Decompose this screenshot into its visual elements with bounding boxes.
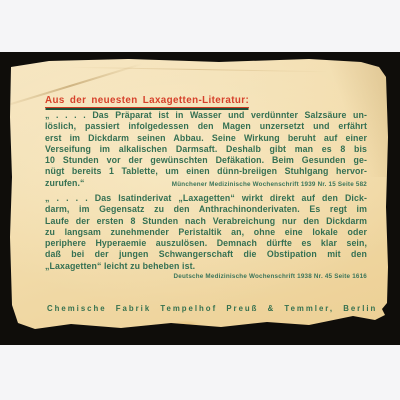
company-imprint: Chemische Fabrik Tempelhof Preuß & Temml… <box>47 304 367 313</box>
quote1-line-4: Verseifung im alkalischen Darmsaft. Desh… <box>45 144 367 155</box>
quote1-line-1: „ . . . . Das Präparat ist in Wasser und… <box>45 110 367 121</box>
scanned-photo-stage: Aus der neuesten Laxagetten-Literatur: „… <box>0 0 400 400</box>
quote2-line-1: „ . . . . Das Isatinderivat „Laxagetten“… <box>45 193 367 204</box>
quote2-line-2: darm, im Gegensatz zu den Anthrachinonde… <box>45 204 367 215</box>
quote1-citation: Münchener Medizinische Wochenschrift 193… <box>172 179 367 190</box>
quote-block-1: „ . . . . Das Präparat ist in Wasser und… <box>45 110 367 190</box>
quote2-line-4: zu langsam zunehmender Peristaltik an, o… <box>45 227 367 238</box>
card-heading: Aus der neuesten Laxagetten-Literatur: <box>45 95 249 108</box>
quote1-last-line: zurufen.“ <box>45 178 85 189</box>
quote1-line-6: nügt bereits 1 Tablette, um einen dünn-b… <box>45 166 367 177</box>
quote1-line-3: erst im Dickdarm seinen Abbau. Seine Wir… <box>45 133 367 144</box>
quote2-citation: Deutsche Medizinische Wochenschrift 1938… <box>45 272 367 281</box>
quote1-line-5: 10 Stunden vor der gewünschten Defäkatio… <box>45 155 367 166</box>
quote2-line-6: daß bei der jungen Schwangerschaft die O… <box>45 249 367 260</box>
quote2-line-3: Laufe der ersten 8 Stunden nach Verabrei… <box>45 216 367 227</box>
quote2-last-line: „Laxagetten“ leicht zu beheben ist. <box>45 261 367 272</box>
quote-block-2: „ . . . . Das Isatinderivat „Laxagetten“… <box>45 193 367 281</box>
quote1-last-row: zurufen.“ Münchener Medizinische Wochens… <box>45 178 367 190</box>
quote2-line-5: periphere Hyperaemie auszulösen. Demnach… <box>45 238 367 249</box>
advertising-card: Aus der neuesten Laxagetten-Literatur: „… <box>9 57 388 338</box>
card-content: Aus der neuesten Laxagetten-Literatur: „… <box>45 57 367 338</box>
quote1-line-2: löslich, passiert infolgedessen den Mage… <box>45 121 367 132</box>
